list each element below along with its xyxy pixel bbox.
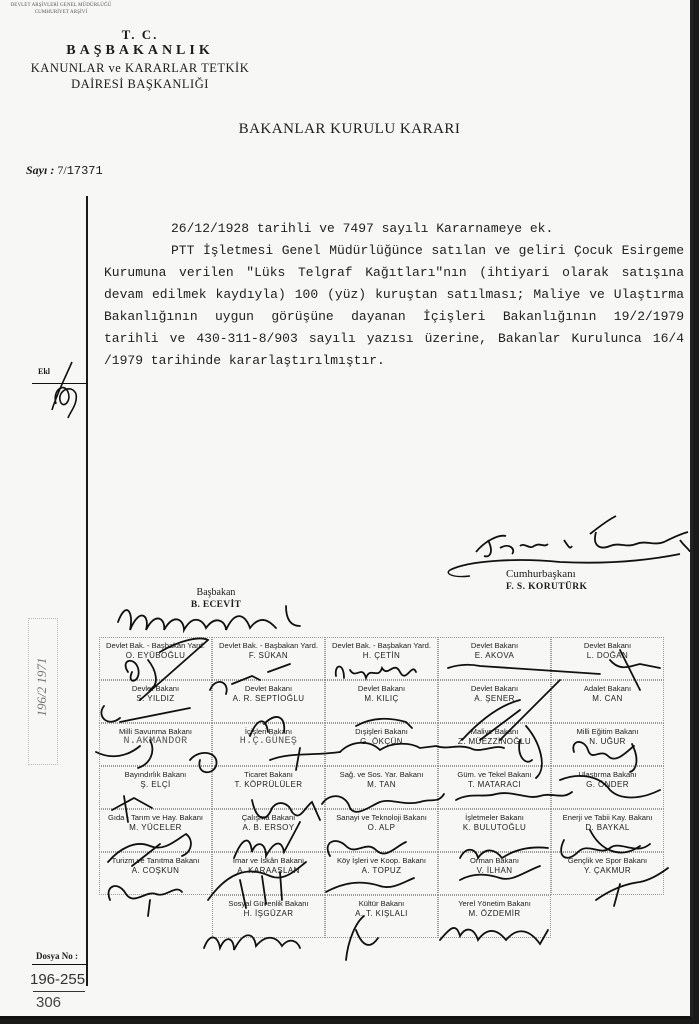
minister-cell: Ulaştırma BakanıG. ÖNDER bbox=[551, 766, 664, 809]
document-page: DEVLET ARŞİVLERİ GENEL MÜDÜRLÜĞÜ CUMHURİ… bbox=[0, 0, 693, 1019]
minister-cell: Köy İşleri ve Koop. BakanıA. TOPUZ bbox=[325, 852, 438, 895]
minister-title: İmar ve İskân Bakanı bbox=[213, 856, 324, 866]
dosya-label: Dosya No : bbox=[36, 951, 78, 961]
minister-name: M. CAN bbox=[552, 694, 663, 704]
minister-name: A. ŞENER bbox=[439, 694, 550, 704]
minister-name: A. B. ERSOY bbox=[213, 823, 324, 833]
minister-cell: Yerel Yönetim BakanıM. ÖZDEMİR bbox=[438, 895, 551, 938]
minister-cell: İmar ve İskân BakanıA. KARAASLAN bbox=[212, 852, 325, 895]
minister-title: Milli Eğitim Bakanı bbox=[552, 727, 663, 737]
minister-title: Devlet Bakanı bbox=[552, 641, 663, 651]
minister-cell: İşletmeler BakanıK. BULUTOĞLU bbox=[438, 809, 551, 852]
minister-title: Sanayi ve Teknoloji Bakanı bbox=[326, 813, 437, 823]
side-note-text: 196/2 1971 bbox=[34, 622, 50, 752]
minister-name: H. ÇETİN bbox=[326, 651, 437, 661]
minister-title: Devlet Bak. - Başbakan Yard. bbox=[100, 641, 211, 651]
minister-cell: Kültür BakanıA. T. KIŞLALI bbox=[325, 895, 438, 938]
minister-name: E. AKOVA bbox=[439, 651, 550, 661]
dosya-underline bbox=[32, 964, 88, 965]
dosya-divider bbox=[33, 991, 85, 992]
president-signature-block: Cumhurbaşkanı F. S. KORUTÜRK bbox=[440, 512, 690, 592]
minister-title: Devlet Bakanı bbox=[213, 684, 324, 694]
minister-name: F. SÜKAN bbox=[213, 651, 324, 661]
minister-title: Gençlik ve Spor Bakanı bbox=[552, 856, 663, 866]
minister-title: Maliye Bakanı bbox=[439, 727, 550, 737]
minister-name: A. T. KIŞLALI bbox=[326, 909, 437, 919]
archive-stamp-line2: CUMHURİYET ARŞİVİ bbox=[6, 10, 116, 17]
minister-cell: Güm. ve Tekel BakanıT. MATARACI bbox=[438, 766, 551, 809]
minister-cell: Devlet Bak. - Başbakan Yard.F. SÜKAN bbox=[212, 637, 325, 680]
dosya-number: 196-255 bbox=[30, 971, 85, 988]
minister-title: Güm. ve Tekel Bakanı bbox=[439, 770, 550, 780]
minister-name: A. R. SEPTİOĞLU bbox=[213, 694, 324, 704]
minister-cell: Turizm ve Tanıtma BakanıA. COŞKUN bbox=[99, 852, 212, 895]
margin-rule bbox=[86, 196, 88, 986]
minister-name: M. KILIÇ bbox=[326, 694, 437, 704]
minister-name: N.AKMANDOR bbox=[100, 737, 211, 747]
minister-name: A. TOPUZ bbox=[326, 866, 437, 876]
minister-title: Devlet Bakanı bbox=[439, 641, 550, 651]
minister-cell: Devlet BakanıA. R. SEPTİOĞLU bbox=[212, 680, 325, 723]
decree-body: 26/12/1928 tarihli ve 7497 sayılı Kararn… bbox=[104, 218, 684, 372]
minister-title: Ticaret Bakanı bbox=[213, 770, 324, 780]
minister-cell: Devlet BakanıL. DOĞAN bbox=[551, 637, 664, 680]
decree-paragraph-2: PTT İşletmesi Genel Müdürlüğünce satılan… bbox=[104, 240, 684, 372]
minister-cell: Dışişleri BakanıG. ÖKÇÜN bbox=[325, 723, 438, 766]
minister-title: Gıda - Tarım ve Hay. Bakanı bbox=[100, 813, 211, 823]
minister-name: H.Ç.GÜNEŞ bbox=[213, 737, 324, 747]
minister-cell: Devlet BakanıA. ŞENER bbox=[438, 680, 551, 723]
minister-name: V. İLHAN bbox=[439, 866, 550, 876]
minister-cell: Orman BakanıV. İLHAN bbox=[438, 852, 551, 895]
letterhead-dept-line2: DAİRESİ BAŞKANLIĞI bbox=[20, 76, 260, 92]
minister-cell: Sağ. ve Sos. Yar. BakanıM. TAN bbox=[325, 766, 438, 809]
minister-title: Adalet Bakanı bbox=[552, 684, 663, 694]
minister-title: Ulaştırma Bakanı bbox=[552, 770, 663, 780]
minister-name: T. KÖPRÜLÜLER bbox=[213, 780, 324, 790]
minister-title: Bayındırlık Bakanı bbox=[100, 770, 211, 780]
letterhead-dept-line1: KANUNLAR ve KARARLAR TETKİK bbox=[20, 60, 260, 76]
decree-number-prefix: 7/ bbox=[57, 163, 66, 177]
prime-minister-title: Başbakan bbox=[176, 587, 256, 599]
decree-number-value: 17371 bbox=[67, 164, 103, 178]
minister-name: Ş. ELÇİ bbox=[100, 780, 211, 790]
minister-cell: Devlet Bak. - Başbakan Yard.H. ÇETİN bbox=[325, 637, 438, 680]
minister-cell: Enerji ve Tabii Kay. BakanıD. BAYKAL bbox=[551, 809, 664, 852]
minister-title: İşletmeler Bakanı bbox=[439, 813, 550, 823]
minister-cell: Milli Savunma BakanıN.AKMANDOR bbox=[99, 723, 212, 766]
minister-cell: Devlet Bak. - Başbakan Yard.O. EYÜBOĞLU bbox=[99, 637, 212, 680]
minister-title: Devlet Bak. - Başbakan Yard. bbox=[326, 641, 437, 651]
minister-name: G. ÖKÇÜN bbox=[326, 737, 437, 747]
archive-stamp-line1: DEVLET ARŞİVLERİ GENEL MÜDÜRLÜĞÜ bbox=[6, 3, 116, 10]
president-name: F. S. KORUTÜRK bbox=[506, 582, 587, 592]
minister-title: Kültür Bakanı bbox=[326, 899, 437, 909]
minister-cell: Adalet BakanıM. CAN bbox=[551, 680, 664, 723]
archive-stamp: DEVLET ARŞİVLERİ GENEL MÜDÜRLÜĞÜ CUMHURİ… bbox=[6, 3, 116, 16]
minister-name: M. ÖZDEMİR bbox=[439, 909, 550, 919]
president-title: Cumhurbaşkanı bbox=[506, 568, 576, 580]
minister-name: M. TAN bbox=[326, 780, 437, 790]
prime-minister-block: Başbakan B. ECEVİT bbox=[176, 587, 256, 612]
letterhead: T. C. BAŞBAKANLIK KANUNLAR ve KARARLAR T… bbox=[20, 28, 260, 92]
minister-title: Enerji ve Tabii Kay. Bakanı bbox=[552, 813, 663, 823]
minister-title: Çalışma Bakanı bbox=[213, 813, 324, 823]
minister-cell: Gençlik ve Spor BakanıY. ÇAKMUR bbox=[551, 852, 664, 895]
minister-name: G. ÖNDER bbox=[552, 780, 663, 790]
minister-title: Köy İşleri ve Koop. Bakanı bbox=[326, 856, 437, 866]
minister-title: Sosyal Güvenlik Bakanı bbox=[213, 899, 324, 909]
minister-title: Sağ. ve Sos. Yar. Bakanı bbox=[326, 770, 437, 780]
minister-cell: Çalışma BakanıA. B. ERSOY bbox=[212, 809, 325, 852]
minister-title: Devlet Bakanı bbox=[100, 684, 211, 694]
minister-title: Devlet Bakanı bbox=[439, 684, 550, 694]
ek-handwritten-mark-icon bbox=[42, 360, 92, 420]
minister-title: Yerel Yönetim Bakanı bbox=[439, 899, 550, 909]
minister-name: Z. MÜEZZİNOĞLU bbox=[439, 737, 550, 747]
minister-cell: Bayındırlık BakanıŞ. ELÇİ bbox=[99, 766, 212, 809]
minister-name: T. MATARACI bbox=[439, 780, 550, 790]
minister-name: D. BAYKAL bbox=[552, 823, 663, 833]
prime-minister-name: B. ECEVİT bbox=[176, 599, 256, 612]
minister-title: Devlet Bakanı bbox=[326, 684, 437, 694]
minister-name: L. DOĞAN bbox=[552, 651, 663, 661]
minister-title: Turizm ve Tanıtma Bakanı bbox=[100, 856, 211, 866]
minister-cell: Gıda - Tarım ve Hay. BakanıM. YÜCELER bbox=[99, 809, 212, 852]
minister-name: N. UĞUR bbox=[552, 737, 663, 747]
minister-name: A. KARAASLAN bbox=[213, 866, 324, 876]
decree-paragraph-1: 26/12/1928 tarihli ve 7497 sayılı Kararn… bbox=[104, 218, 684, 240]
minister-title: Devlet Bak. - Başbakan Yard. bbox=[213, 641, 324, 651]
minister-title: Dışişleri Bakanı bbox=[326, 727, 437, 737]
decree-number: Sayı : 7/17371 bbox=[26, 163, 103, 178]
minister-cell: Sanayi ve Teknoloji BakanıO. ALP bbox=[325, 809, 438, 852]
minister-cell: İçişleri BakanıH.Ç.GÜNEŞ bbox=[212, 723, 325, 766]
minister-name: Y. ÇAKMUR bbox=[552, 866, 663, 876]
letterhead-tc: T. C. bbox=[20, 28, 260, 42]
minister-name: K. BULUTOĞLU bbox=[439, 823, 550, 833]
minister-cell: Maliye BakanıZ. MÜEZZİNOĞLU bbox=[438, 723, 551, 766]
minister-title: Orman Bakanı bbox=[439, 856, 550, 866]
minister-name: H. İŞGÜZAR bbox=[213, 909, 324, 919]
minister-cell: Devlet BakanıS. YILDIZ bbox=[99, 680, 212, 723]
minister-name: O. EYÜBOĞLU bbox=[100, 651, 211, 661]
minister-cell: Devlet BakanıM. KILIÇ bbox=[325, 680, 438, 723]
decree-number-label: Sayı : bbox=[26, 163, 54, 177]
side-handwritten-note: 196/2 1971 bbox=[28, 618, 58, 765]
minister-cell: Ticaret BakanıT. KÖPRÜLÜLER bbox=[212, 766, 325, 809]
dosya-sub-number: 306 bbox=[36, 994, 61, 1011]
minister-name: M. YÜCELER bbox=[100, 823, 211, 833]
letterhead-office: BAŞBAKANLIK bbox=[20, 42, 260, 60]
document-title: BAKANLAR KURULU KARARI bbox=[0, 121, 699, 138]
minister-cell: Devlet BakanıE. AKOVA bbox=[438, 637, 551, 680]
minister-cell: Milli Eğitim BakanıN. UĞUR bbox=[551, 723, 664, 766]
minister-name: A. COŞKUN bbox=[100, 866, 211, 876]
minister-cell: Sosyal Güvenlik BakanıH. İŞGÜZAR bbox=[212, 895, 325, 938]
minister-name: S. YILDIZ bbox=[100, 694, 211, 704]
minister-name: O. ALP bbox=[326, 823, 437, 833]
